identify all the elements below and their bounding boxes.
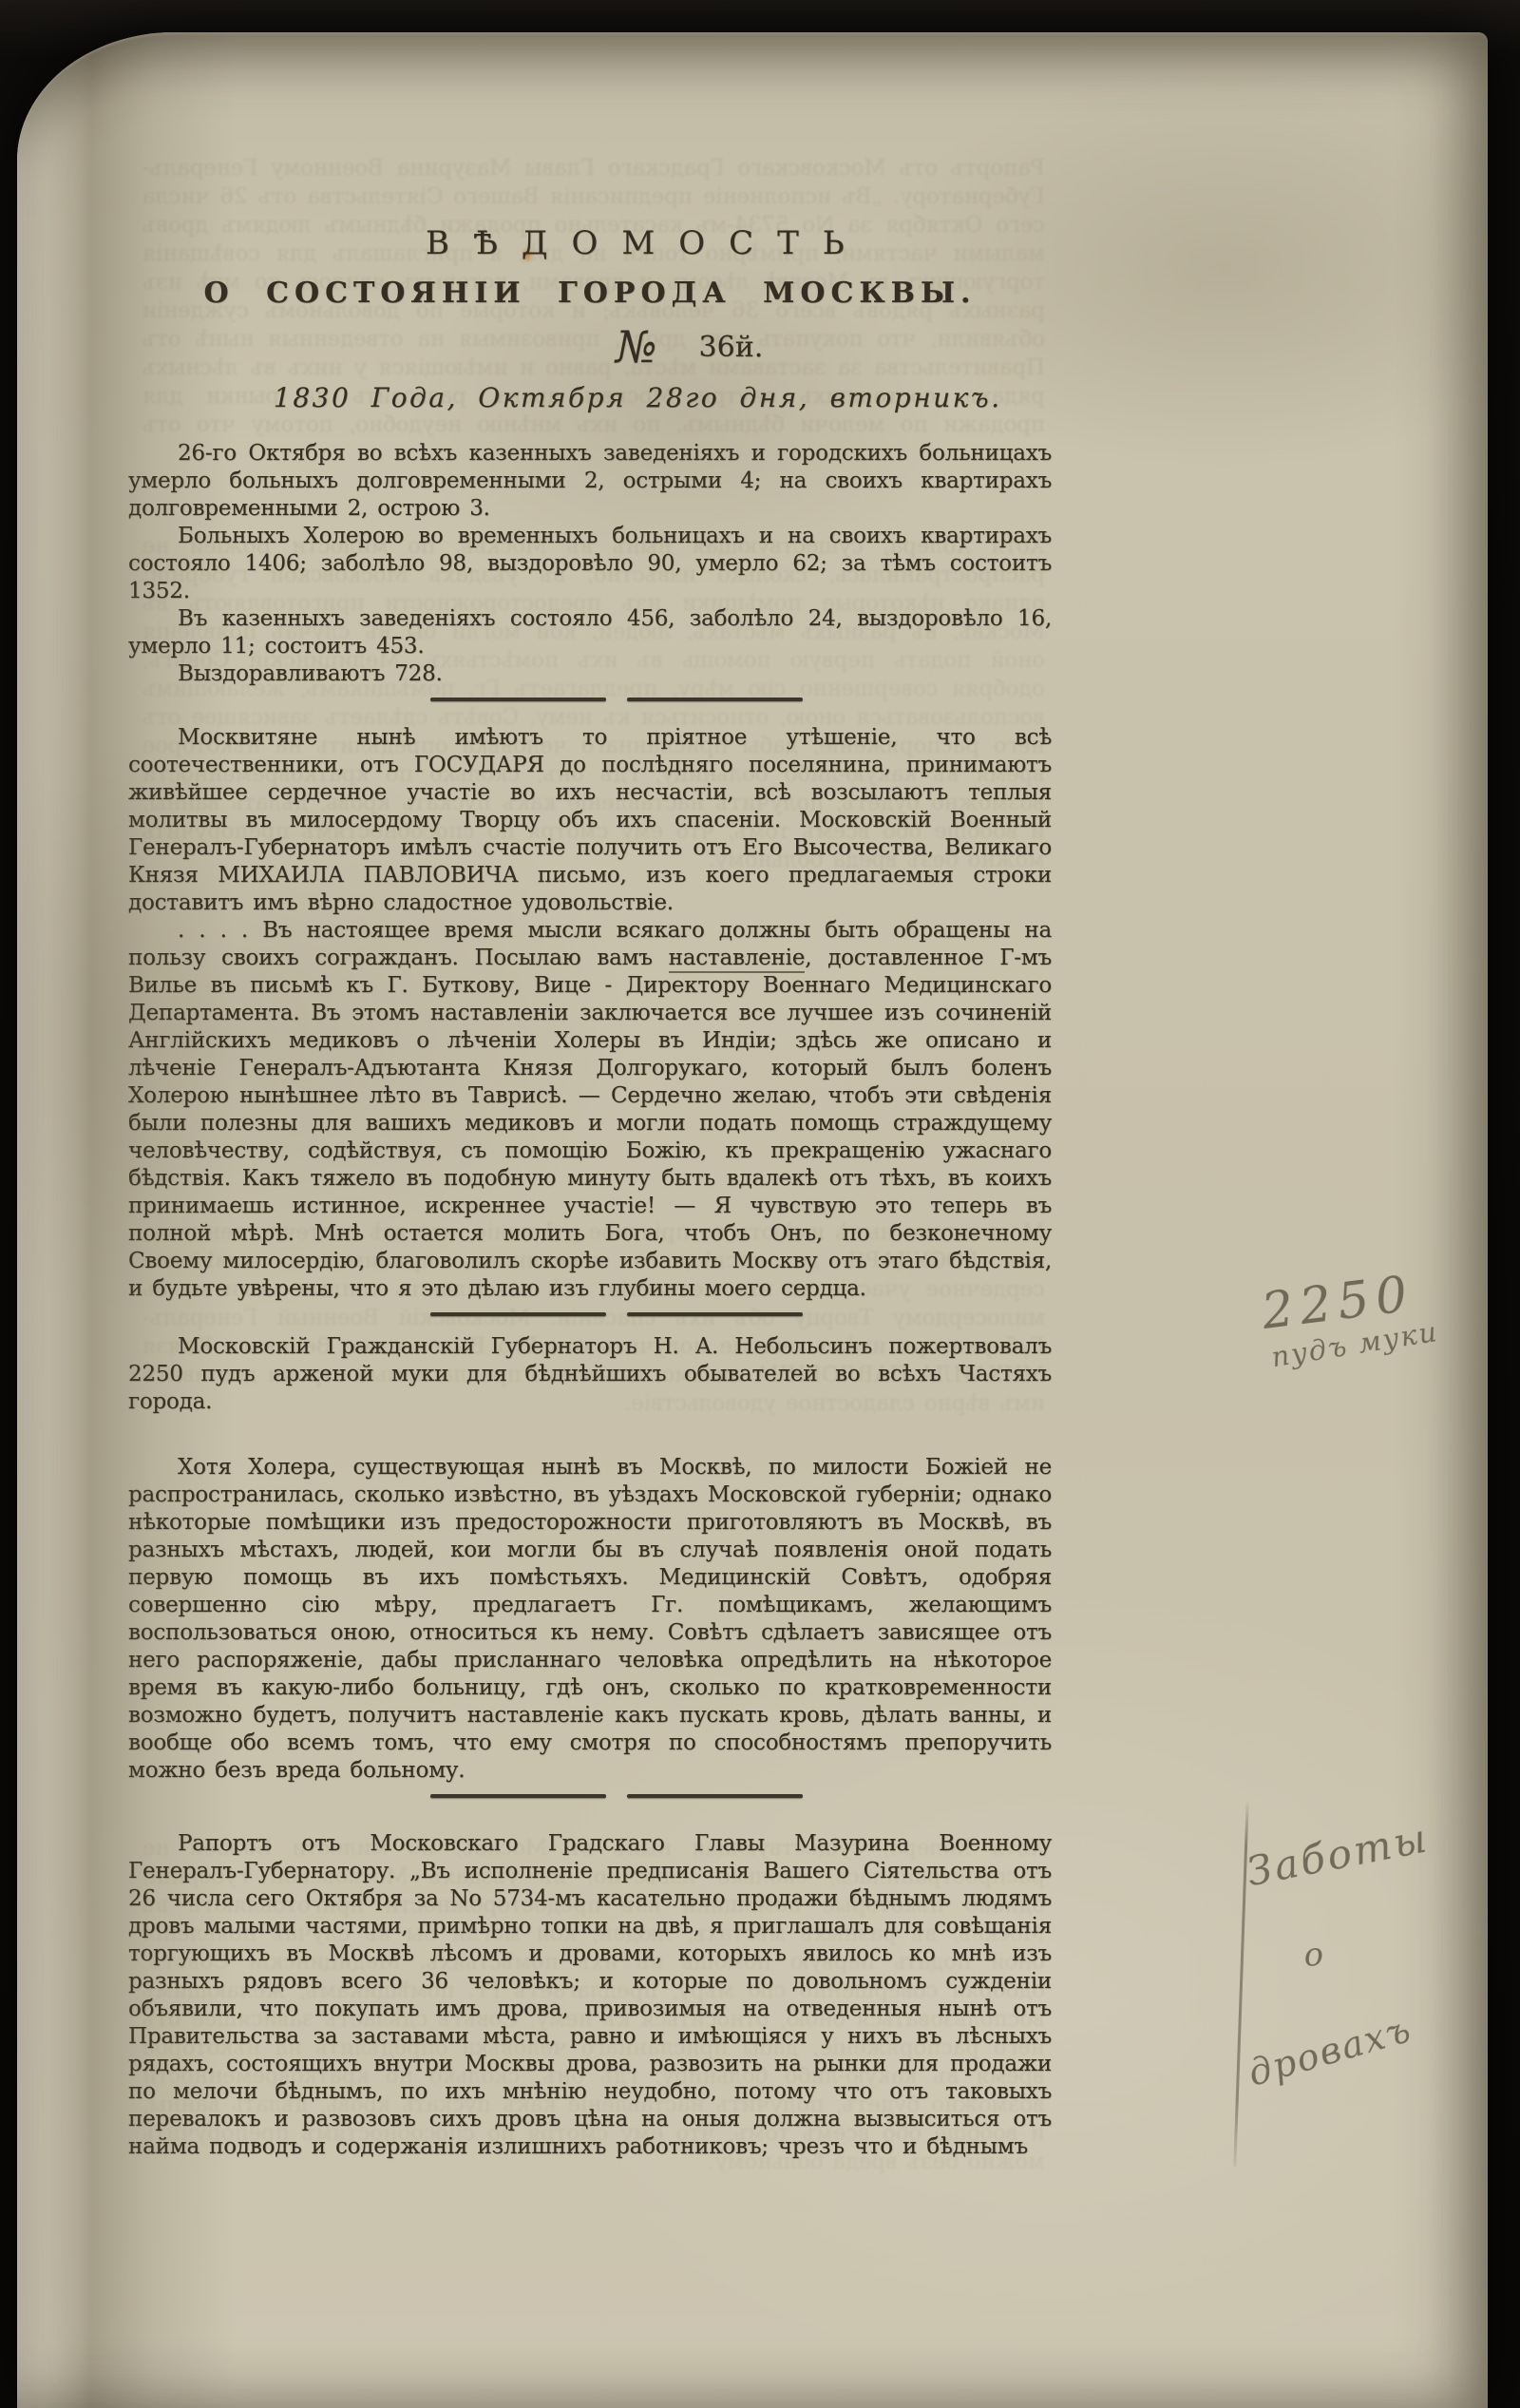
flour-donation-paragraph: Московскій Гражданскій Губернаторъ Н. А.… <box>128 1333 1052 1416</box>
handwritten-note-firewood: Заботы о дровахъ <box>1233 1821 1512 2180</box>
scanned-document-photo: { "masthead": { "title": "ВѢДОМОСТЬ", "s… <box>0 0 1520 2408</box>
issue-number: 36й. <box>699 331 764 364</box>
report-paragraph-recovering: Выздоравливаютъ 728. <box>128 660 1052 688</box>
dateline: 1830 Года, Октября 28го дня, вторникъ. <box>274 382 1001 413</box>
masthead-title: ВѢДОМОСТЬ <box>426 224 868 262</box>
issue-line: №36й. <box>616 321 763 373</box>
letter-quote-paragraph: . . . . Въ настоящее время мысли всякаго… <box>128 917 1052 1303</box>
handwritten-firewood-word2: о <box>1302 1936 1324 1975</box>
section-divider <box>430 1794 803 1798</box>
section-divider <box>430 1312 803 1316</box>
report-paragraph-state-institutions: Въ казенныхъ заведеніяхъ состояло 456, з… <box>128 605 1052 660</box>
article-text-column: 26-го Октября во всѣхъ казенныхъ заведен… <box>128 440 1052 2161</box>
medical-council-paragraph: Хотя Холера, существующая нынѣ въ Москвѣ… <box>128 1454 1052 1785</box>
masthead-subtitle: О СОСТОЯНІИ ГОРОДА МОСКВЫ. <box>128 277 1052 310</box>
report-paragraph-cholera-hospitals: Больныхъ Холерою во временныхъ больницах… <box>128 523 1052 605</box>
letter-quote-post: , доставленное Г-мъ Вилье въ письмѣ къ Г… <box>128 946 1052 1301</box>
issue-number-symbol: № <box>616 321 659 373</box>
section-divider <box>430 698 803 701</box>
underlined-word: наставленіе <box>669 946 806 973</box>
firewood-report-paragraph: Рапортъ отъ Московскаго Градскаго Главы … <box>128 1830 1052 2161</box>
letter-intro-paragraph: Москвитяне нынѣ имѣютъ то пріятное утѣше… <box>128 724 1052 917</box>
handwritten-firewood-word3: дровахъ <box>1244 2008 1416 2094</box>
report-paragraph-deaths: 26-го Октября во всѣхъ казенныхъ заведен… <box>128 440 1052 523</box>
